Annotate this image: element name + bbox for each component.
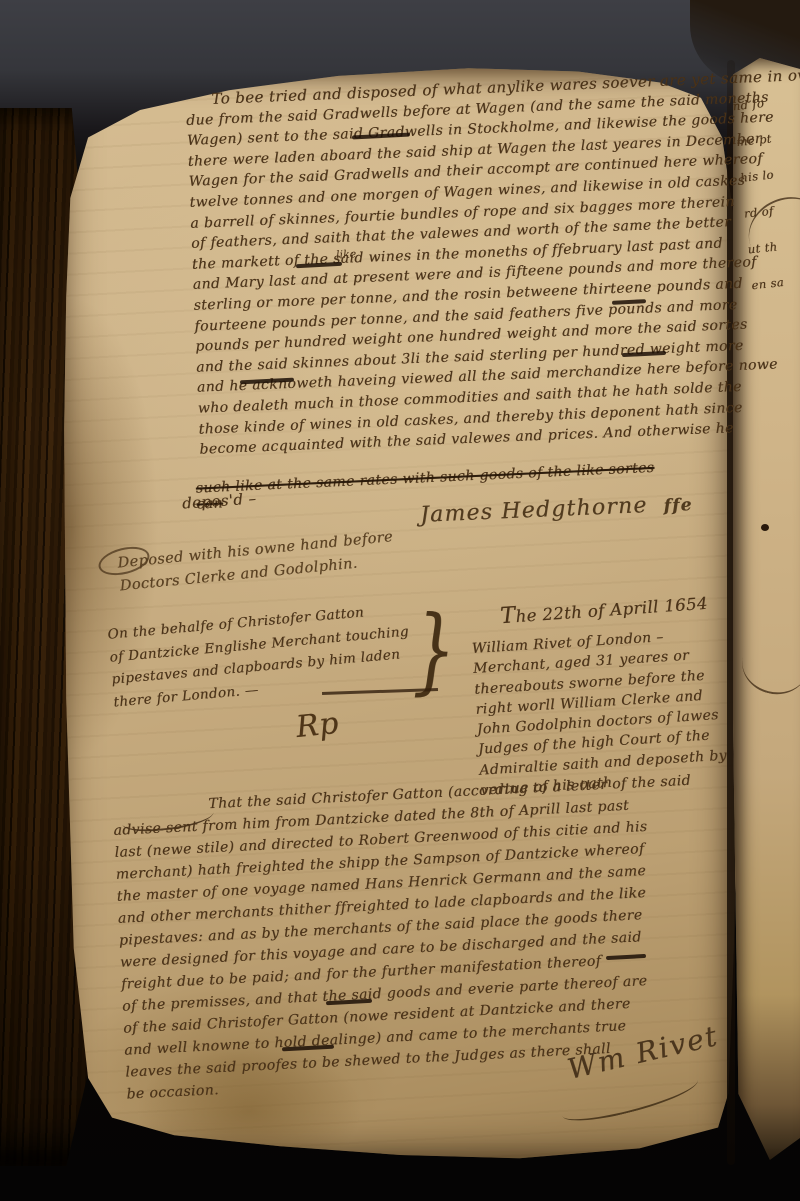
manuscript-photo: nd fome pthis lord ofut then sa To bee t… <box>0 0 800 1201</box>
deposition-valuation-paragraph: To bee tried and disposed of what anylik… <box>185 67 767 460</box>
examination-mark: Rp <box>294 706 340 745</box>
interlined-word: like <box>336 247 357 261</box>
ink-blot <box>761 524 769 531</box>
signature-paraph: ffe <box>663 495 693 516</box>
